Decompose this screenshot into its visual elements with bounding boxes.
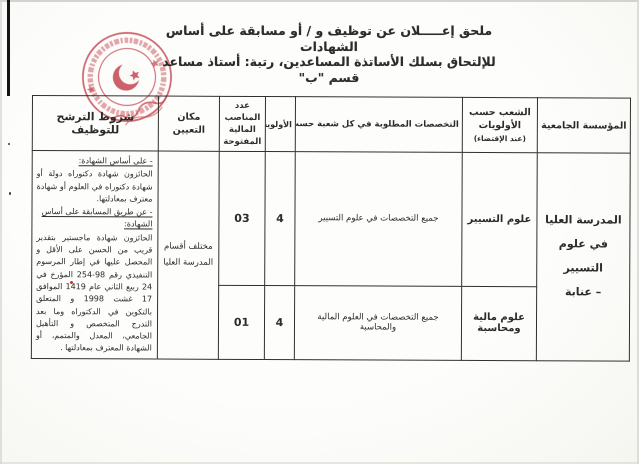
cell-branch-1: علوم التسيير: [462, 152, 538, 286]
scanned-document-page: ملحق إعـــــلان عن توظيف و / أو مسابقة ع…: [0, 0, 639, 464]
header-conditions: شروط الترشح للتوظيف: [32, 96, 158, 152]
location-line1: مختلف أقسام: [161, 239, 215, 255]
scan-edge-top: [0, 0, 639, 2]
cell-positions-2: 01: [218, 285, 264, 359]
conditions-heading-1: - على أساس الشهادة:: [37, 155, 153, 168]
conditions-body-1: الحائزون شهادة دكتوراه دولة أو شهادة دكت…: [37, 168, 153, 205]
header-specialties: التخصصات المطلوبة في كل شعبة حسب الأولوي…: [295, 97, 462, 153]
scan-speck: [9, 192, 11, 195]
title-line-1: ملحق إعـــــلان عن توظيف و / أو مسابقة ع…: [150, 23, 508, 54]
cell-priority-2: 4: [264, 285, 294, 359]
location-line2: المدرسة العليا: [161, 255, 215, 271]
header-institution: المؤسسة الجامعية: [537, 98, 630, 153]
header-location: مكان التعيين: [158, 96, 219, 151]
scan-speck: [8, 143, 10, 145]
institution-line3: – عنابة: [540, 281, 626, 305]
cell-institution: المدرسة العليا في علوم التسيير – عنابة: [536, 153, 630, 361]
header-branches-line1: الشعب حسب: [466, 105, 534, 118]
cell-priority-1: 4: [265, 152, 296, 286]
announcement-table: المؤسسة الجامعية الشعب حسب الأولويات (عن…: [31, 95, 631, 361]
cell-location: مختلف أقسام المدرسة العليا: [157, 151, 219, 359]
cell-specialty-2: جميع التخصصات في العلوم المالية والمحاسب…: [294, 285, 461, 360]
cell-specialty-1: جميع التخصصات في علوم التسيير: [295, 152, 463, 287]
conditions-heading-2: - عن طريق المسابقة على أساس الشهادة:: [36, 206, 152, 231]
document-title: ملحق إعـــــلان عن توظيف و / أو مسابقة ع…: [150, 23, 508, 85]
cell-branch-2: علوم مالية ومحاسبة: [461, 286, 536, 360]
institution-line2: في علوم التسيير: [540, 233, 626, 281]
scan-artifact-line: [7, 0, 10, 96]
cell-positions-1: 03: [219, 151, 266, 285]
conditions-body-2: الحائزون شهادة ماجستير بتقدير قريب من ال…: [36, 232, 153, 355]
title-line-2: للإلتحاق بسلك الأساتذة المساعدين، رتبة: …: [150, 54, 508, 85]
cell-conditions: - على أساس الشهادة: الحائزون شهادة دكتور…: [31, 151, 158, 359]
header-branches-note: (عند الإقتضاء): [466, 131, 534, 144]
header-priority: الأولوية: [265, 97, 295, 152]
institution-line1: المدرسة العليا: [540, 209, 626, 233]
header-positions: عدد المناصب المالية المفتوحة: [219, 96, 265, 151]
header-branches-line2: الأولويات: [466, 118, 534, 131]
announcement-table-wrapper: المؤسسة الجامعية الشعب حسب الأولويات (عن…: [31, 95, 631, 361]
table-header-row: المؤسسة الجامعية الشعب حسب الأولويات (عن…: [32, 96, 630, 154]
table-row-1: المدرسة العليا في علوم التسيير – عنابة ع…: [32, 151, 631, 287]
header-branches: الشعب حسب الأولويات (عند الإقتضاء): [462, 97, 537, 152]
scan-edge-left: [0, 0, 2, 464]
